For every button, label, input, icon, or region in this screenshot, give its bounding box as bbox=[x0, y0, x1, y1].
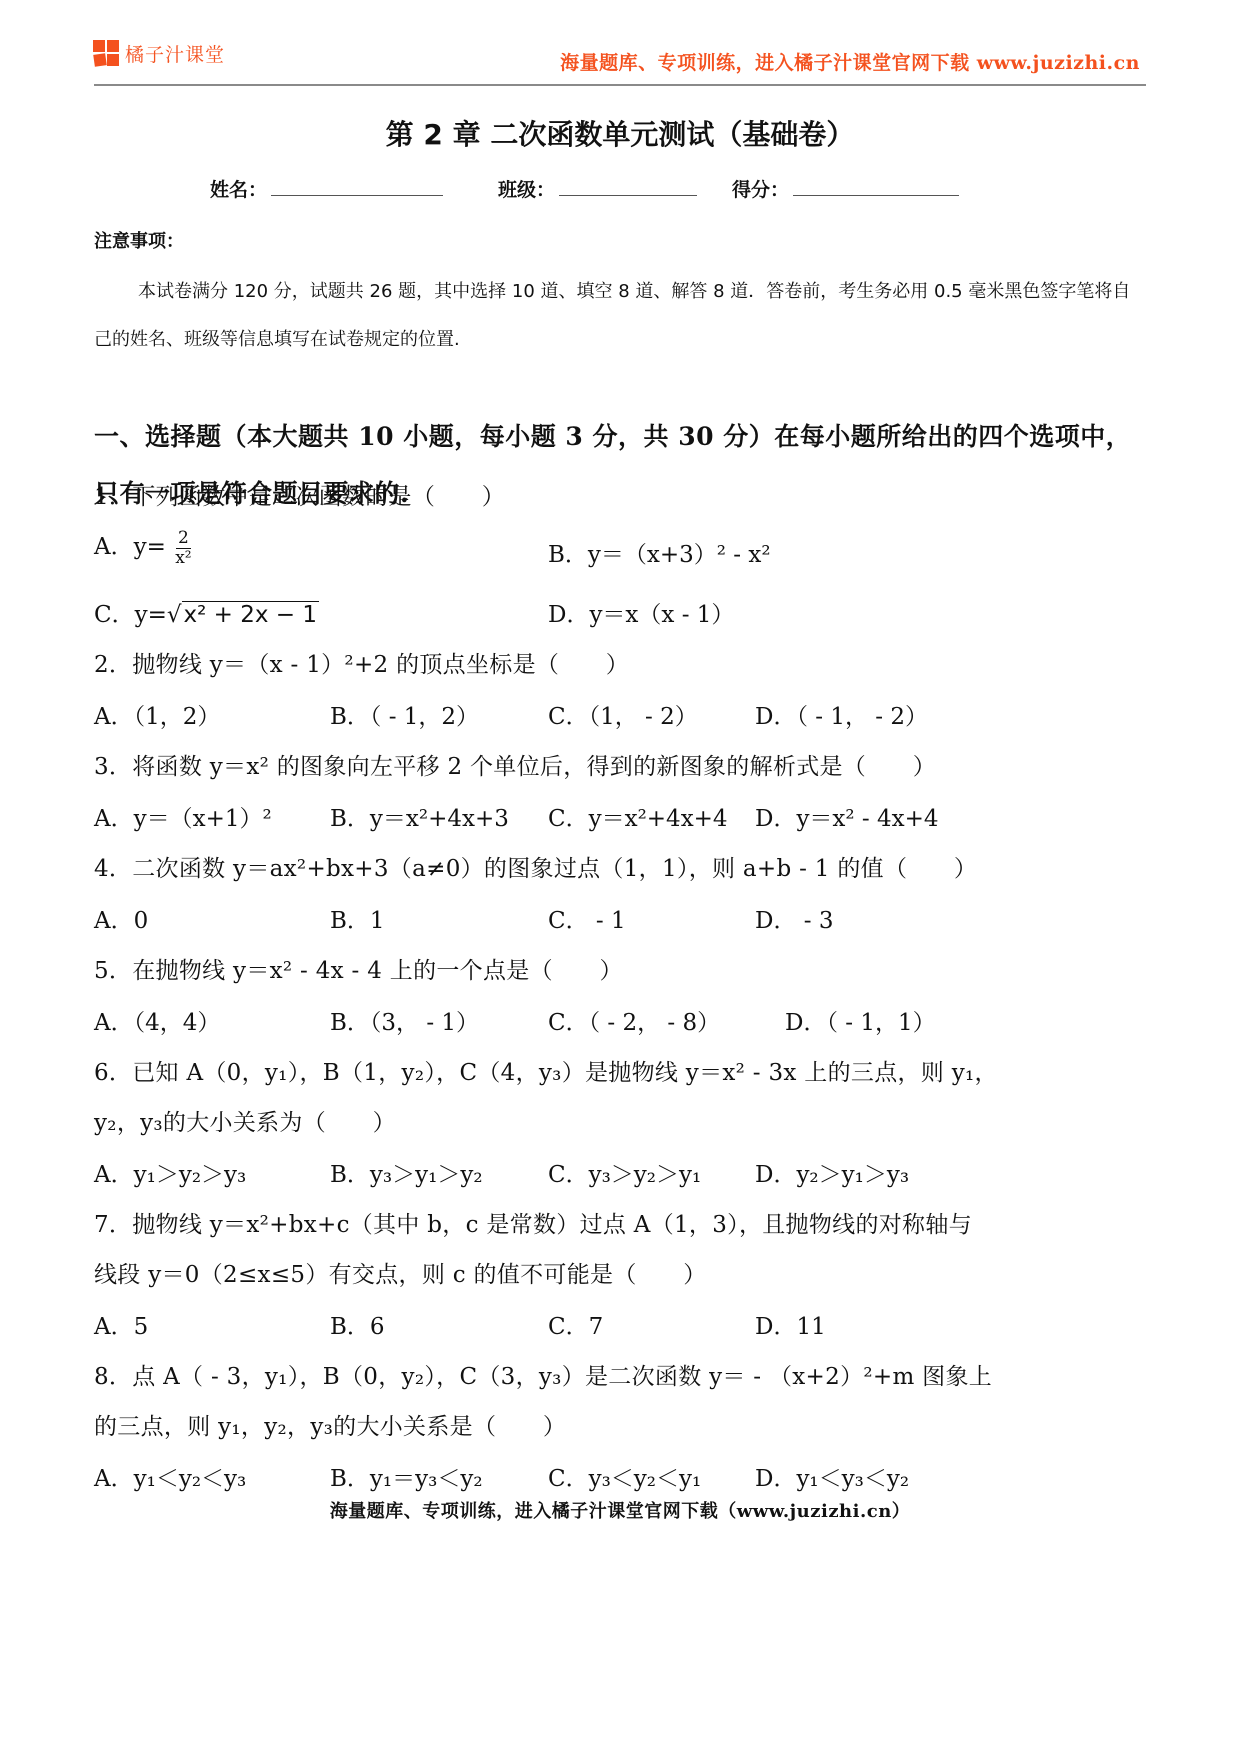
radical-sign-icon: √ bbox=[167, 602, 182, 628]
question-1-option-c: C．y=√x² + 2x − 1 bbox=[94, 596, 319, 629]
question-5-stem: 5．在抛物线 y＝x² - 4x - 4 上的一个点是（ ） bbox=[94, 952, 623, 985]
question-7-stem-line-2: 线段 y＝0（2≤x≤5）有交点，则 c 的值不可能是（ ） bbox=[94, 1256, 707, 1289]
question-7-option-b: B．6 bbox=[330, 1308, 385, 1341]
question-8-stem-line-1: 8．点 A（ - 3，y₁），B（0，y₂），C（3，y₃）是二次函数 y＝ -… bbox=[94, 1358, 992, 1391]
question-1-stem: 1．下列函数中是二次函数的是（ ） bbox=[94, 478, 505, 511]
question-6-option-a: A．y₁＞y₂＞y₃ bbox=[94, 1156, 246, 1189]
class-blank bbox=[559, 177, 697, 196]
header-divider bbox=[94, 84, 1146, 86]
brand-logo: 橘子汁课堂 bbox=[93, 40, 225, 67]
question-1-option-d: D．y＝x（x - 1） bbox=[548, 596, 734, 629]
question-7-stem-line-1: 7．抛物线 y＝x²+bx+c（其中 b，c 是常数）过点 A（1，3），且抛物… bbox=[94, 1206, 972, 1239]
score-label: 得分： bbox=[732, 175, 789, 202]
question-7-option-c: C．7 bbox=[548, 1308, 603, 1341]
question-3-option-c: C．y＝x²+4x+4 bbox=[548, 800, 728, 833]
logo-squares-icon bbox=[93, 40, 120, 67]
question-6-option-c: C．y₃＞y₂＞y₁ bbox=[548, 1156, 701, 1189]
question-3-option-b: B．y＝x²+4x+3 bbox=[330, 800, 509, 833]
question-2-stem: 2．抛物线 y＝（x - 1）²+2 的顶点坐标是（ ） bbox=[94, 646, 629, 679]
question-8-option-b: B．y₁＝y₃＜y₂ bbox=[330, 1460, 483, 1493]
question-4-option-b: B．1 bbox=[330, 902, 385, 935]
page-title: 第 2 章 二次函数单元测试（基础卷） bbox=[0, 113, 1240, 153]
question-6-stem-line-1: 6．已知 A（0，y₁），B（1，y₂），C（4，y₃）是抛物线 y＝x² - … bbox=[94, 1054, 998, 1087]
question-8-option-a: A．y₁＜y₂＜y₃ bbox=[94, 1460, 246, 1493]
fraction: 2 x² bbox=[175, 529, 191, 568]
logo-text: 橘子汁课堂 bbox=[125, 40, 225, 67]
question-4-option-a: A．0 bbox=[94, 902, 148, 935]
footer-slogan: 海量题库、专项训练，进入橘子汁课堂官网下载（www.juzizhi.cn） bbox=[0, 1497, 1240, 1523]
question-2-option-b: B．（ - 1，2） bbox=[330, 698, 479, 731]
score-blank bbox=[793, 177, 959, 196]
question-5-option-d: D．（ - 1，1） bbox=[785, 1004, 936, 1037]
question-6-option-d: D．y₂＞y₁＞y₃ bbox=[755, 1156, 909, 1189]
question-1-option-b: B．y＝（x+3）² - x² bbox=[548, 536, 771, 569]
question-1-option-a: A．y= 2 x² bbox=[94, 528, 192, 568]
student-info-row: 姓名： 班级： 得分： bbox=[210, 175, 959, 202]
question-8-stem-line-2: 的三点，则 y₁，y₂，y₃的大小关系是（ ） bbox=[94, 1408, 566, 1441]
question-3-option-a: A．y＝（x+1）² bbox=[94, 800, 272, 833]
question-5-option-b: B．（3， - 1） bbox=[330, 1004, 479, 1037]
question-6-stem-line-2: y₂，y₃的大小关系为（ ） bbox=[94, 1104, 396, 1137]
name-blank bbox=[271, 177, 443, 196]
question-7-option-d: D．11 bbox=[755, 1308, 826, 1341]
question-2-option-c: C．（1， - 2） bbox=[548, 698, 698, 731]
question-8-option-c: C．y₃＜y₂＜y₁ bbox=[548, 1460, 701, 1493]
square-root: √x² + 2x − 1 bbox=[167, 601, 319, 628]
notice-label: 注意事项： bbox=[94, 227, 184, 253]
question-7-option-a: A．5 bbox=[94, 1308, 148, 1341]
question-2-option-d: D．（ - 1， - 2） bbox=[755, 698, 928, 731]
class-label: 班级： bbox=[498, 175, 555, 202]
question-4-option-d: D． - 3 bbox=[755, 902, 833, 935]
question-3-option-d: D．y＝x² - 4x+4 bbox=[755, 800, 939, 833]
name-label: 姓名： bbox=[210, 175, 267, 202]
question-6-option-b: B．y₃＞y₁＞y₂ bbox=[330, 1156, 483, 1189]
question-2-option-a: A．（1，2） bbox=[94, 698, 220, 731]
question-5-option-a: A．（4，4） bbox=[94, 1004, 220, 1037]
question-4-option-c: C． - 1 bbox=[548, 902, 626, 935]
header-slogan: 海量题库、专项训练，进入橘子汁课堂官网下载 www.juzizhi.cn bbox=[560, 48, 1140, 75]
question-3-stem: 3．将函数 y＝x² 的图象向左平移 2 个单位后，得到的新图象的解析式是（ ） bbox=[94, 748, 936, 781]
question-4-stem: 4．二次函数 y＝ax²+bx+3（a≠0）的图象过点（1，1），则 a+b -… bbox=[94, 850, 977, 883]
question-5-option-c: C．（ - 2， - 8） bbox=[548, 1004, 720, 1037]
question-8-option-d: D．y₁＜y₃＜y₂ bbox=[755, 1460, 909, 1493]
notice-text: 本试卷满分 120 分，试题共 26 题，其中选择 10 道、填空 8 道、解答… bbox=[94, 268, 1146, 364]
